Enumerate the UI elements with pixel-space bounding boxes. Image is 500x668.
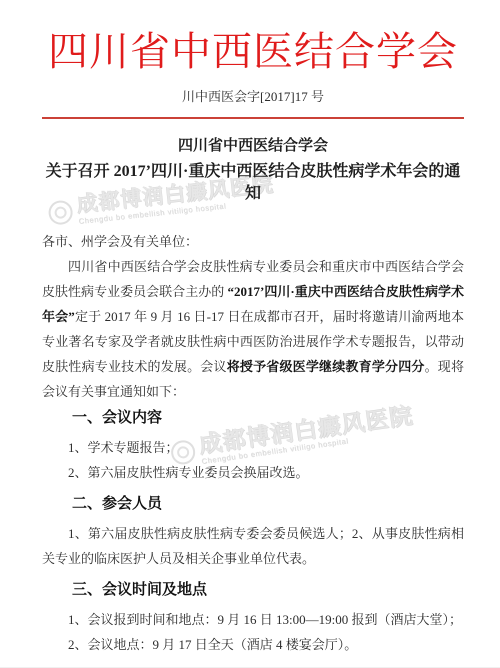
section-items: 1、学术专题报告；2、第六届皮肤性病专业委员会换届改选。 (42, 435, 464, 485)
document-page: 成都博润白癜风医院 Chengdu bo embellish vitiligo … (0, 0, 500, 668)
section: 二、参会人员 1、第六届皮肤性病皮肤性病专委会委员候选人；2、从事皮肤性病相关专… (42, 493, 464, 571)
section-item: 1、第六届皮肤性病皮肤性病专委会委员候选人；2、从事皮肤性病相关专业的临床医护人… (42, 521, 464, 571)
section: 一、会议内容 1、学术专题报告；2、第六届皮肤性病专业委员会换届改选。 (42, 407, 464, 485)
section-heading: 二、参会人员 (42, 493, 464, 515)
section-heading: 三、会议时间及地点 (42, 579, 464, 601)
section-items: 1、会议报到时间和地点：9 月 16 日 13:00—19:00 报到（酒店大堂… (42, 607, 464, 657)
section-item: 1、学术专题报告； (42, 435, 464, 460)
header-divider-rule (42, 117, 464, 119)
document-content: 四川省中西医结合学会 川中西医会字[2017]17 号 四川省中西医结合学会 关… (0, 28, 500, 657)
section-item: 1、会议报到时间和地点：9 月 16 日 13:00—19:00 报到（酒店大堂… (42, 607, 464, 632)
section-items: 1、第六届皮肤性病皮肤性病专委会委员候选人；2、从事皮肤性病相关专业的临床医护人… (42, 521, 464, 571)
notice-title: 关于召开 2017’四川·重庆中西医结合皮肤性病学术年会的通知 (42, 161, 464, 205)
section: 三、会议时间及地点 1、会议报到时间和地点：9 月 16 日 13:00—19:… (42, 579, 464, 657)
intro-paragraph: 四川省中西医结合学会皮肤性病专业委员会和重庆市中西医结合学会皮肤性病专业委员会联… (42, 254, 464, 404)
salutation-line: 各市、州学会及有关单位： (42, 229, 464, 254)
sections-container: 一、会议内容 1、学术专题报告；2、第六届皮肤性病专业委员会换届改选。 二、参会… (42, 407, 464, 657)
org-name: 四川省中西医结合学会 (42, 136, 464, 156)
section-heading: 一、会议内容 (42, 407, 464, 429)
section-item: 2、第六届皮肤性病专业委员会换届改选。 (42, 460, 464, 485)
letterhead-title: 四川省中西医结合学会 (42, 28, 464, 76)
intro-segment: 将授予省级医学继续教育学分四分 (227, 359, 425, 374)
section-item: 2、会议地点：9 月 17 日全天（酒店 4 楼宴会厅）。 (42, 632, 464, 657)
document-number: 川中西医会字[2017]17 号 (42, 88, 464, 106)
